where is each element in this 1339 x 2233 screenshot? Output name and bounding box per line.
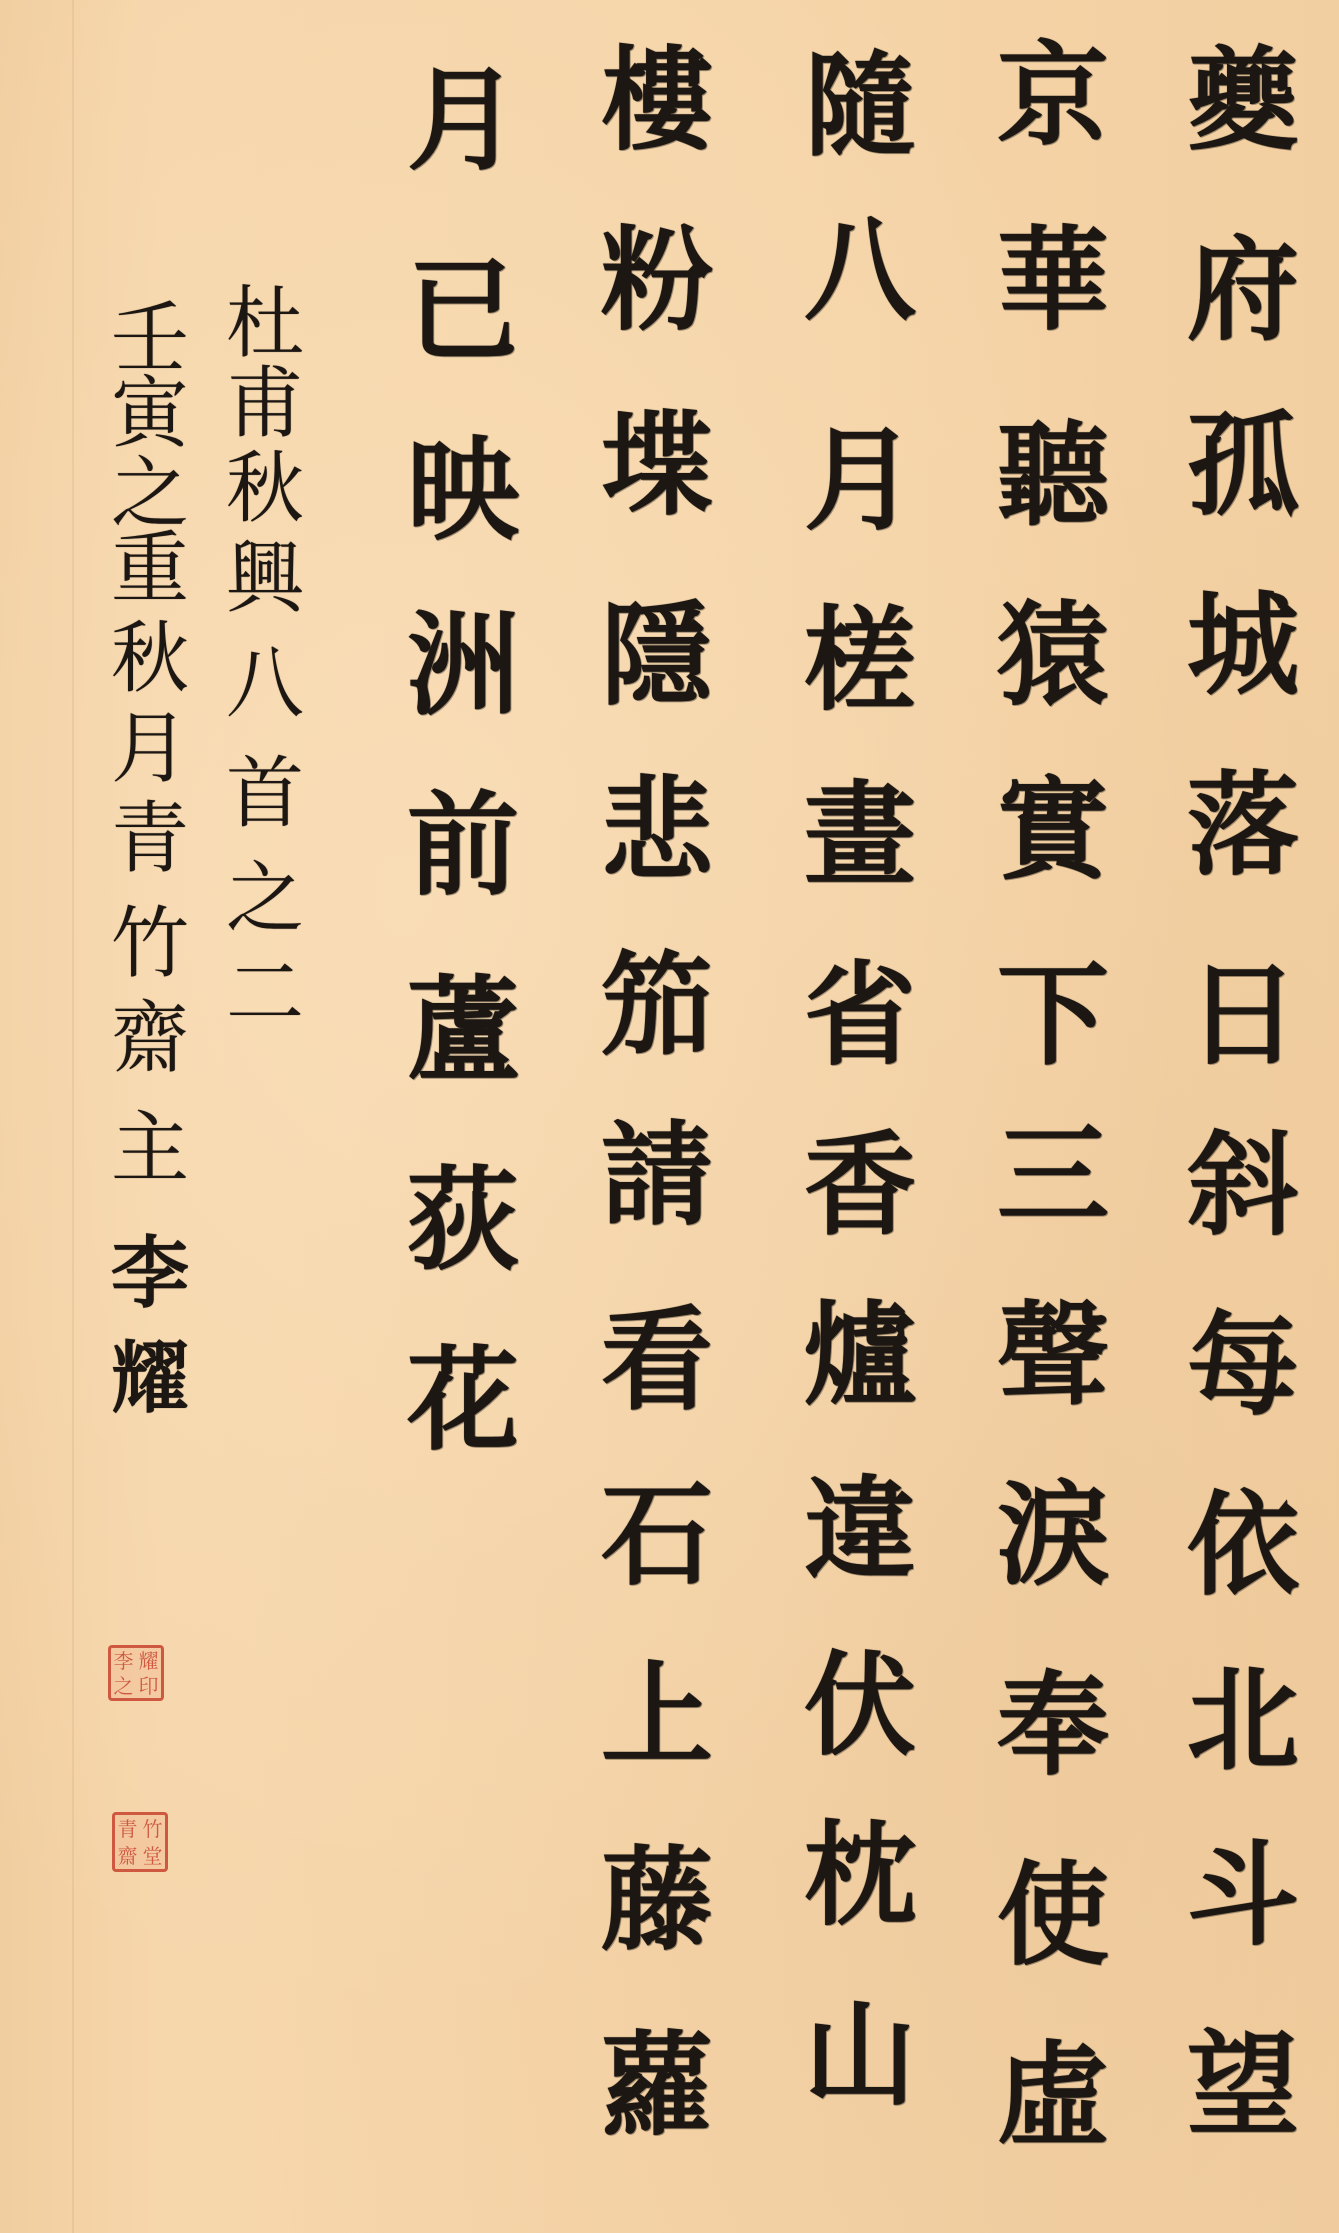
poem-char: 隨 [775, 50, 945, 162]
poem-char: 聲 [968, 1300, 1138, 1412]
poem-char: 省 [775, 960, 945, 1072]
poem-char: 山 [775, 2000, 945, 2112]
poem-char: 荻 [378, 1165, 548, 1277]
seal-glyph: 齋 [118, 1845, 138, 1867]
poem-char: 枕 [775, 1820, 945, 1932]
seal-glyph: 耀 [139, 1650, 159, 1672]
poem-char: 城 [1158, 590, 1328, 702]
poem-char: 悲 [572, 775, 742, 887]
seal-glyph: 竹 [143, 1818, 163, 1840]
poem-char: 槎 [775, 605, 945, 717]
poem-char: 下 [968, 960, 1138, 1072]
poem-char: 違 [775, 1475, 945, 1587]
poem-char: 孤 [1158, 410, 1328, 522]
paper-fold-line [72, 0, 74, 2233]
inscription-char: 之 [90, 455, 210, 533]
poem-char: 淚 [968, 1480, 1138, 1592]
signature-char: 李 [90, 1235, 210, 1313]
poem-char: 斗 [1158, 1840, 1328, 1952]
inscription-char: 主 [90, 1110, 210, 1188]
poem-char: 畫 [775, 780, 945, 892]
seal-glyph: 印 [139, 1675, 159, 1697]
poem-char: 使 [968, 1860, 1138, 1972]
poem-char: 聽 [968, 420, 1138, 532]
poem-char: 上 [572, 1660, 742, 1772]
inscription-char: 月 [90, 710, 210, 788]
inscription-char: 之 [205, 860, 325, 938]
inscription-char: 甫 [205, 365, 325, 443]
poem-char: 爐 [775, 1300, 945, 1412]
seal-glyph: 之 [114, 1675, 134, 1697]
inscription-char: 秋 [90, 620, 210, 698]
poem-char: 洲 [378, 610, 548, 722]
poem-char: 映 [378, 435, 548, 547]
poem-char: 樓 [572, 45, 742, 157]
poem-char: 香 [775, 1130, 945, 1242]
inscription-char: 寅 [90, 375, 210, 453]
poem-char: 伏 [775, 1650, 945, 1762]
poem-char: 日 [1158, 960, 1328, 1072]
inscription-char: 杜 [205, 285, 325, 363]
poem-char: 隱 [572, 600, 742, 712]
poem-char: 斜 [1158, 1130, 1328, 1242]
poem-char: 府 [1158, 235, 1328, 347]
poem-char: 每 [1158, 1310, 1328, 1422]
inscription-char: 秋 [205, 450, 325, 528]
poem-char: 北 [1158, 1665, 1328, 1777]
seal-glyph: 青 [118, 1818, 138, 1840]
poem-char: 堞 [572, 410, 742, 522]
poem-char: 粉 [572, 225, 742, 337]
inscription-char: 壬 [90, 300, 210, 378]
poem-char: 虛 [968, 2040, 1138, 2152]
poem-char: 夔 [1158, 45, 1328, 157]
inscription-char: 齋 [90, 1000, 210, 1078]
inscription-char: 重 [90, 530, 210, 608]
signature-char: 耀 [90, 1340, 210, 1418]
poem-char: 笳 [572, 950, 742, 1062]
poem-char: 花 [378, 1345, 548, 1457]
poem-char: 實 [968, 775, 1138, 887]
seal-glyph: 李 [114, 1650, 134, 1672]
inscription-char: 興 [205, 540, 325, 618]
seal-glyph: 堂 [143, 1845, 163, 1867]
poem-char: 三 [968, 1120, 1138, 1232]
inscription-char: 青 [90, 800, 210, 878]
poem-char: 奉 [968, 1670, 1138, 1782]
inscription-char: 八 [205, 645, 325, 723]
poem-char: 京 [968, 40, 1138, 152]
inscription-char: 竹 [90, 905, 210, 983]
poem-char: 藤 [572, 1845, 742, 1957]
poem-char: 蘆 [378, 975, 548, 1087]
poem-char: 落 [1158, 770, 1328, 882]
poem-char: 請 [572, 1120, 742, 1232]
poem-char: 八 [775, 215, 945, 327]
poem-char: 猿 [968, 600, 1138, 712]
poem-char: 華 [968, 225, 1138, 337]
poem-char: 已 [378, 255, 548, 367]
poem-char: 蘿 [572, 2030, 742, 2142]
poem-char: 依 [1158, 1490, 1328, 1602]
poem-char: 石 [572, 1480, 742, 1592]
studio-seal: 青 竹 齋 堂 [112, 1812, 168, 1872]
poem-char: 前 [378, 790, 548, 902]
poem-char: 月 [775, 425, 945, 537]
poem-char: 月 [378, 65, 548, 177]
inscription-char: 首 [205, 755, 325, 833]
poem-char: 望 [1158, 2030, 1328, 2142]
inscription-char: 二 [205, 955, 325, 1033]
poem-char: 看 [572, 1305, 742, 1417]
name-seal: 李 耀 之 印 [108, 1645, 164, 1701]
